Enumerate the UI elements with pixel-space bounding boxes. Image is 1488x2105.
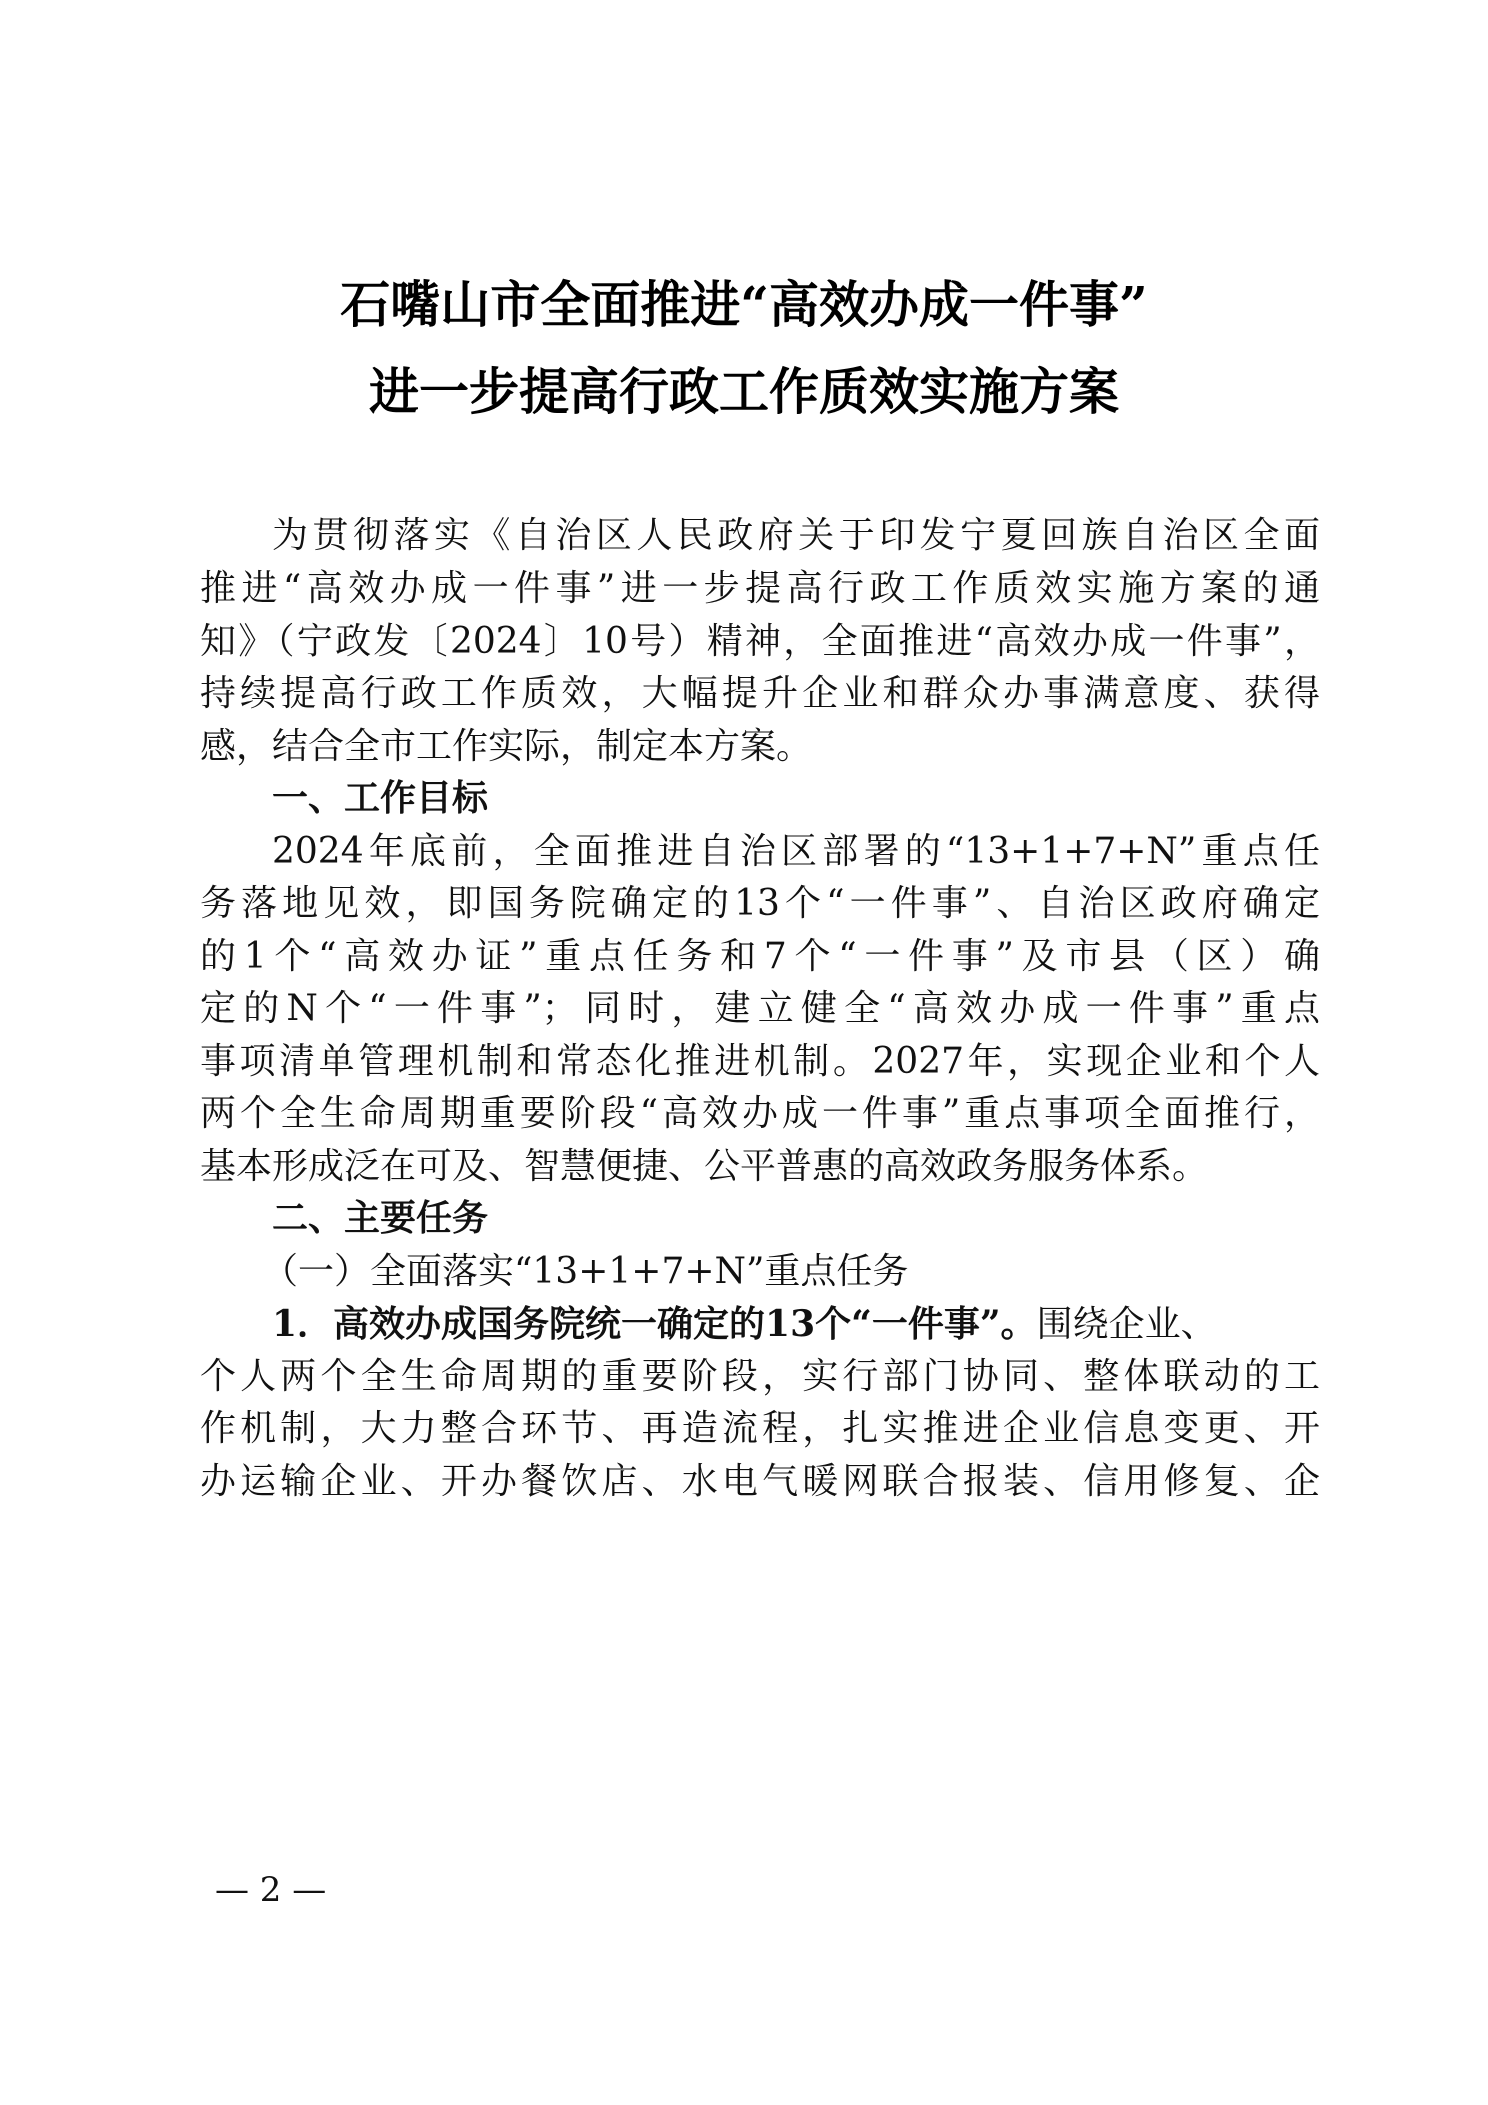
paragraph-item-1-line: 办运输企业、开办餐饮店、水电气暖网联合报装、信用修复、企 <box>200 1456 1320 1508</box>
document-title-line-2: 进一步提高行政工作质效实施方案 <box>0 362 1488 422</box>
paragraph-goals-line: 2024年底前，全面推进自治区部署的“13+1+7+N”重点任 <box>272 826 1320 878</box>
document-page: 石嘴山市全面推进“高效办成一件事” 进一步提高行政工作质效实施方案 为贯彻落实《… <box>0 0 1488 2105</box>
paragraph-goals-line: 两个全生命周期重要阶段“高效办成一件事”重点事项全面推行， <box>200 1088 1320 1140</box>
paragraph-item-1-line: 作机制，大力整合环节、再造流程，扎实推进企业信息变更、开 <box>200 1403 1320 1455</box>
paragraph-goals-line: 事项清单管理机制和常态化推进机制。2027年，实现企业和个人 <box>200 1036 1320 1088</box>
item-1-text-start: 围绕企业、 <box>1037 1304 1217 1345</box>
paragraph-item-1-line: 个人两个全生命周期的重要阶段，实行部门协同、整体联动的工 <box>200 1351 1320 1403</box>
subsection-heading-key-tasks: （一）全面落实“13+1+7+N”重点任务 <box>262 1246 1320 1298</box>
paragraph-item-1-first-line: 1．高效办成国务院统一确定的13个“一件事”。围绕企业、 <box>272 1298 1320 1351</box>
paragraph-intro-line: 持续提高行政工作质效，大幅提升企业和群众办事满意度、获得 <box>200 668 1320 720</box>
document-title-line-1: 石嘴山市全面推进“高效办成一件事” <box>0 275 1488 335</box>
paragraph-goals-line: 的1个“高效办证”重点任务和7个“一件事”及市县（区）确 <box>200 931 1320 983</box>
paragraph-intro-line: 为贯彻落实《自治区人民政府关于印发宁夏回族自治区全面 <box>272 510 1320 562</box>
section-heading-main-tasks: 二、主要任务 <box>272 1193 1320 1245</box>
paragraph-intro-line: 感，结合全市工作实际，制定本方案。 <box>200 721 1320 773</box>
section-heading-work-goals: 一、工作目标 <box>272 773 1320 825</box>
page-number: — 2 — <box>215 1870 326 1910</box>
paragraph-goals-line: 基本形成泛在可及、智慧便捷、公平普惠的高效政务服务体系。 <box>200 1141 1320 1193</box>
paragraph-goals-line: 务落地见效，即国务院确定的13个“一件事”、自治区政府确定 <box>200 878 1320 930</box>
item-1-heading: 1．高效办成国务院统一确定的13个“一件事”。 <box>272 1303 1037 1345</box>
paragraph-intro-line: 知》（宁政发〔2024〕10号）精神，全面推进“高效办成一件事”， <box>200 616 1320 668</box>
paragraph-intro-line: 推进“高效办成一件事”进一步提高行政工作质效实施方案的通 <box>200 563 1320 615</box>
paragraph-goals-line: 定的N个“一件事”；同时，建立健全“高效办成一件事”重点 <box>200 983 1320 1035</box>
